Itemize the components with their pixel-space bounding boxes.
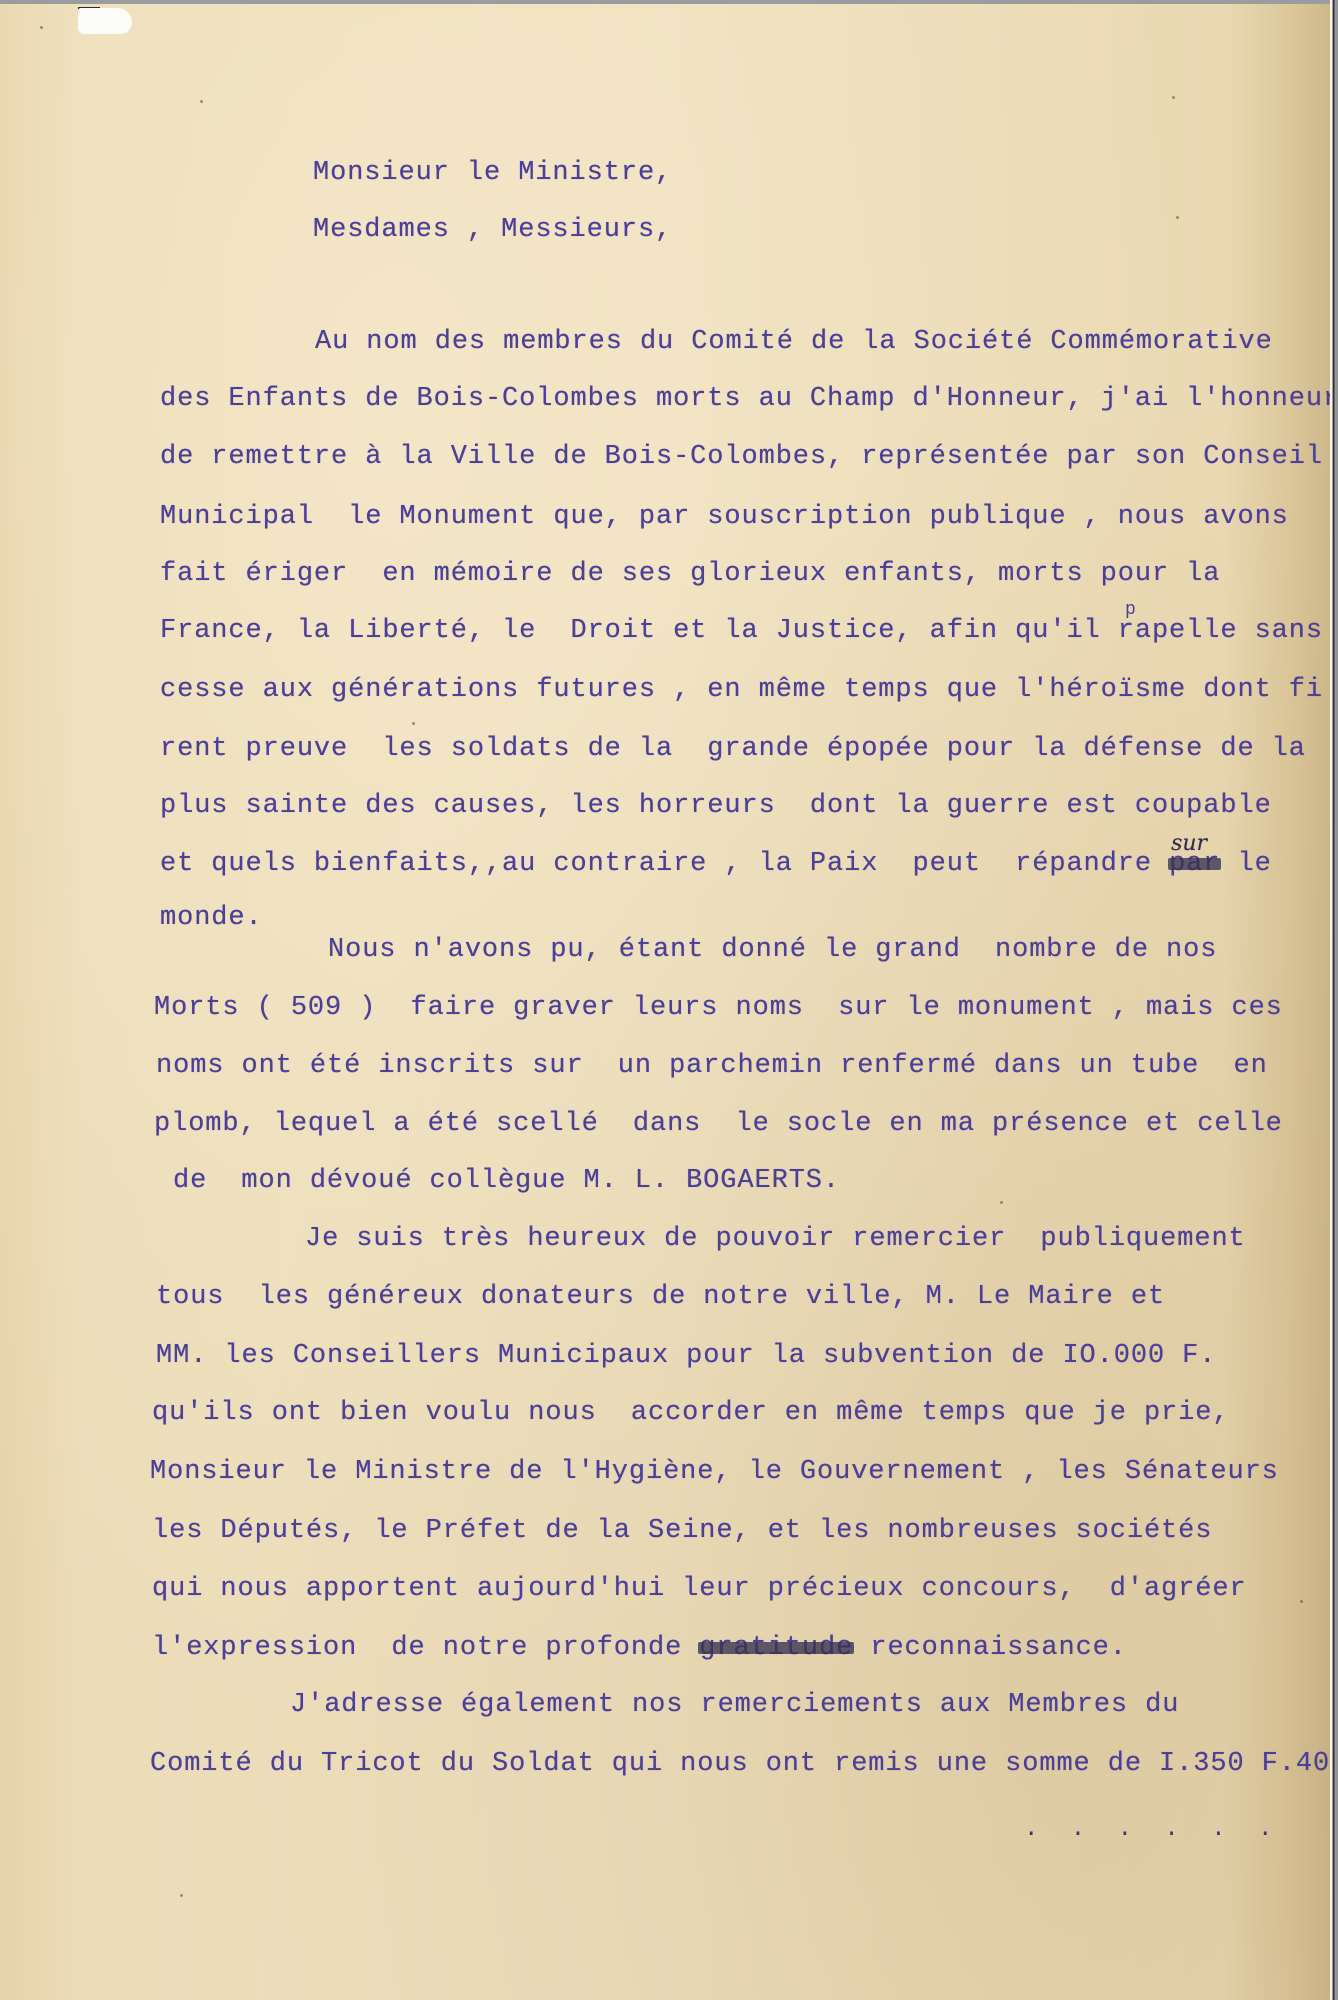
struck-word: gratitude xyxy=(699,1633,853,1663)
text-line: France, la Liberté, le Droit et la Justi… xyxy=(160,616,1323,646)
text-line: tous les généreux donateurs de notre vil… xyxy=(156,1282,1165,1312)
text-line: Monsieur le Ministre de l'Hygiène, le Go… xyxy=(150,1457,1279,1487)
paper-speck xyxy=(1176,216,1179,219)
text-segment: reconnaissance. xyxy=(853,1633,1127,1663)
text-line: des Enfants de Bois-Colombes morts au Ch… xyxy=(160,384,1338,414)
text-line: monde. xyxy=(160,903,263,933)
paper-speck xyxy=(1300,1600,1303,1603)
text-line: Au nom des membres du Comité de la Socié… xyxy=(315,327,1273,357)
text-segment: le xyxy=(1220,849,1271,879)
text-line: fait ériger en mémoire de ses glorieux e… xyxy=(160,559,1220,589)
paper-speck xyxy=(1000,1201,1003,1204)
paper-speck xyxy=(412,722,415,725)
typewritten-page: Monsieur le Ministre, Mesdames , Messieu… xyxy=(0,4,1330,2000)
text-line: cesse aux générations futures , en même … xyxy=(160,675,1323,705)
scan-right-edge xyxy=(1330,0,1338,2000)
text-line: MM. les Conseillers Municipaux pour la s… xyxy=(156,1341,1216,1371)
text-line: plus sainte des causes, les horreurs don… xyxy=(160,791,1272,821)
text-line: qu'ils ont bien voulu nous accorder en m… xyxy=(152,1398,1229,1428)
text-line: de mon dévoué collègue M. L. BOGAERTS. xyxy=(173,1166,840,1196)
paper-speck xyxy=(40,26,43,29)
text-line: rent preuve les soldats de la grande épo… xyxy=(160,734,1306,764)
text-line: Comité du Tricot du Soldat qui nous ont … xyxy=(150,1749,1330,1779)
paper-speck xyxy=(1172,96,1175,99)
text-line: noms ont été inscrits sur un parchemin r… xyxy=(156,1051,1268,1081)
text-line: Morts ( 509 ) faire graver leurs noms su… xyxy=(154,993,1283,1023)
salutation-line: Monsieur le Ministre, xyxy=(313,158,672,188)
text-line: plomb, lequel a été scellé dans le socle… xyxy=(154,1109,1283,1139)
text-line: J'adresse également nos remerciements au… xyxy=(290,1690,1179,1720)
text-segment: l'expression de notre profonde xyxy=(152,1633,699,1663)
text-line: Je suis très heureux de pouvoir remercie… xyxy=(305,1224,1246,1254)
text-line: de remettre à la Ville de Bois-Colombes,… xyxy=(160,442,1323,472)
continuation-marker: . . . . . . xyxy=(1024,1816,1281,1843)
struck-word-text: gratitude xyxy=(699,1633,853,1663)
struck-word: parsur xyxy=(1169,849,1220,879)
paper-tear-mark xyxy=(78,8,132,34)
typed-correction-p: p xyxy=(1125,600,1136,620)
text-line: Municipal le Monument que, par souscript… xyxy=(160,502,1289,532)
text-line-with-strikeout: l'expression de notre profonde gratitude… xyxy=(152,1633,1127,1663)
text-line: les Députés, le Préfet de la Seine, et l… xyxy=(152,1516,1212,1546)
text-line-with-correction: et quels bienfaits,,au contraire , la Pa… xyxy=(160,849,1272,879)
handwritten-correction: sur xyxy=(1171,829,1207,859)
paper-speck xyxy=(180,1894,183,1897)
salutation-line: Mesdames , Messieurs, xyxy=(313,215,672,245)
text-line: Nous n'avons pu, étant donné le grand no… xyxy=(328,935,1217,965)
text-line: qui nous apportent aujourd'hui leur préc… xyxy=(152,1574,1247,1604)
text-segment: et quels bienfaits,,au contraire , la Pa… xyxy=(160,849,1169,879)
paper-speck xyxy=(200,100,203,103)
